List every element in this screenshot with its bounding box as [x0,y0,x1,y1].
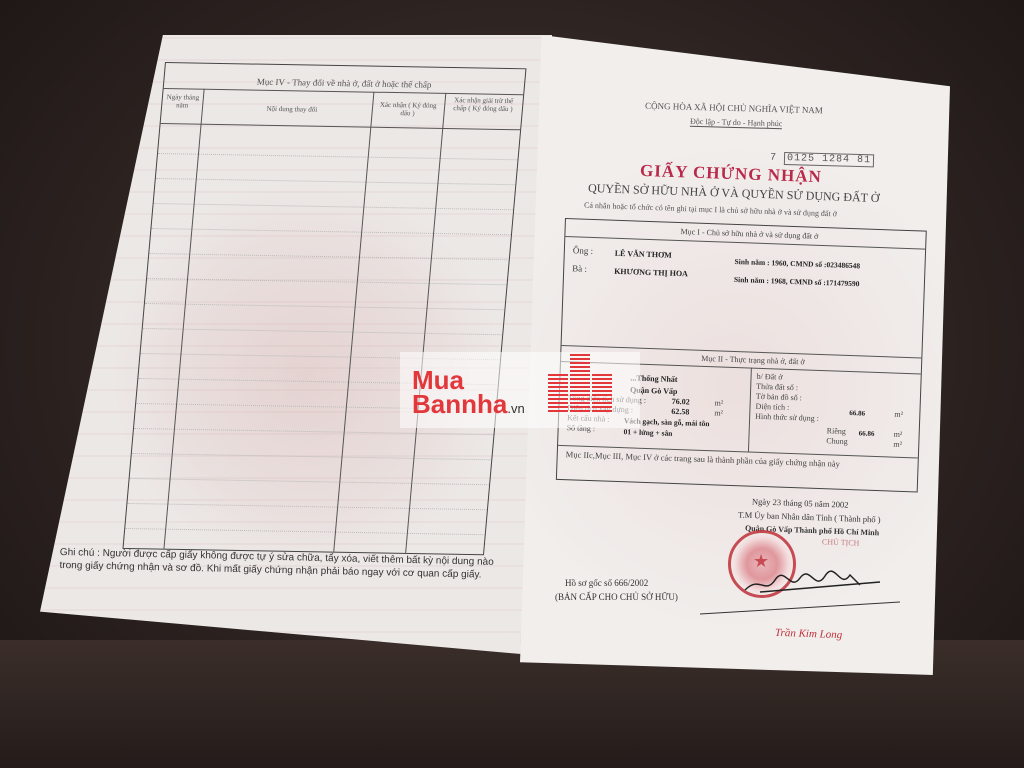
map-label: Tờ bản đồ số : [756,392,802,403]
land-area-value: 66.86 [849,409,865,418]
signature-underline [700,600,900,620]
unit: m² [714,398,723,407]
owner-2-name: KHƯƠNG THỊ HOA [614,267,688,279]
signer-name: Trần Kim Long [775,627,843,641]
changes-table: Mục IV - Thay đổi về nhà ở, đất ở hoặc t… [122,62,526,555]
private-value: 66.86 [859,429,875,438]
unit: m² [714,408,723,417]
owner-1-info: Sinh năm : 1960, CMND số :023486548 [734,257,860,270]
col-content: Nội dung thay đổi [252,105,333,114]
floors-value: 01 + lửng + sân [623,427,672,438]
copy-note: (BẢN CẤP CHO CHỦ SỞ HỮU) [555,592,678,602]
built-area-value: 62.58 [671,407,689,417]
col-confirm: Xác nhận ( Ký đóng dấu ) [376,101,439,118]
section-ii-title: Mục II - Thực trạng nhà ở, đất ở [701,354,805,367]
owner-1-name: LÊ VĂN THƠM [615,249,672,260]
position-title: CHỦ TỊCH [822,537,860,547]
owner-1-label: Ông : [573,245,594,256]
col-date: Ngày tháng năm [164,93,201,110]
serial-number: 7 0125 1284 81 [770,153,874,167]
land-area-label: Diện tích : [755,402,789,412]
usable-area-value: 76.02 [672,397,690,407]
footer-note: Mục IIc,Mục III, Mục IV ở các trang sau … [566,449,840,469]
signature-icon [740,570,890,596]
shared-label: Chung [826,436,848,446]
usage-label: Hình thức sử dụng : [755,412,819,423]
col-release: Xác nhận giải trừ thế chấp ( Ký đóng dấu… [447,96,520,113]
building-logo-icon [548,354,612,414]
file-number: Hồ sơ gốc số 666/2002 [565,578,648,588]
unit: m² [894,410,903,419]
section-i-title: Mục I - Chủ sở hữu nhà ở và sử dụng đất … [680,227,818,241]
private-label: Riêng [827,426,846,436]
watermark-line-2: Bannha.vn [412,392,525,421]
unit: m² [893,440,902,449]
land-heading: b/ Đất ở [756,372,782,382]
owner-2-label: Bà : [572,263,587,274]
unit: m² [894,430,903,439]
owner-2-info: Sinh năm : 1968, CMND số :171479590 [734,275,860,288]
plot-label: Thửa đất số : [756,382,798,392]
